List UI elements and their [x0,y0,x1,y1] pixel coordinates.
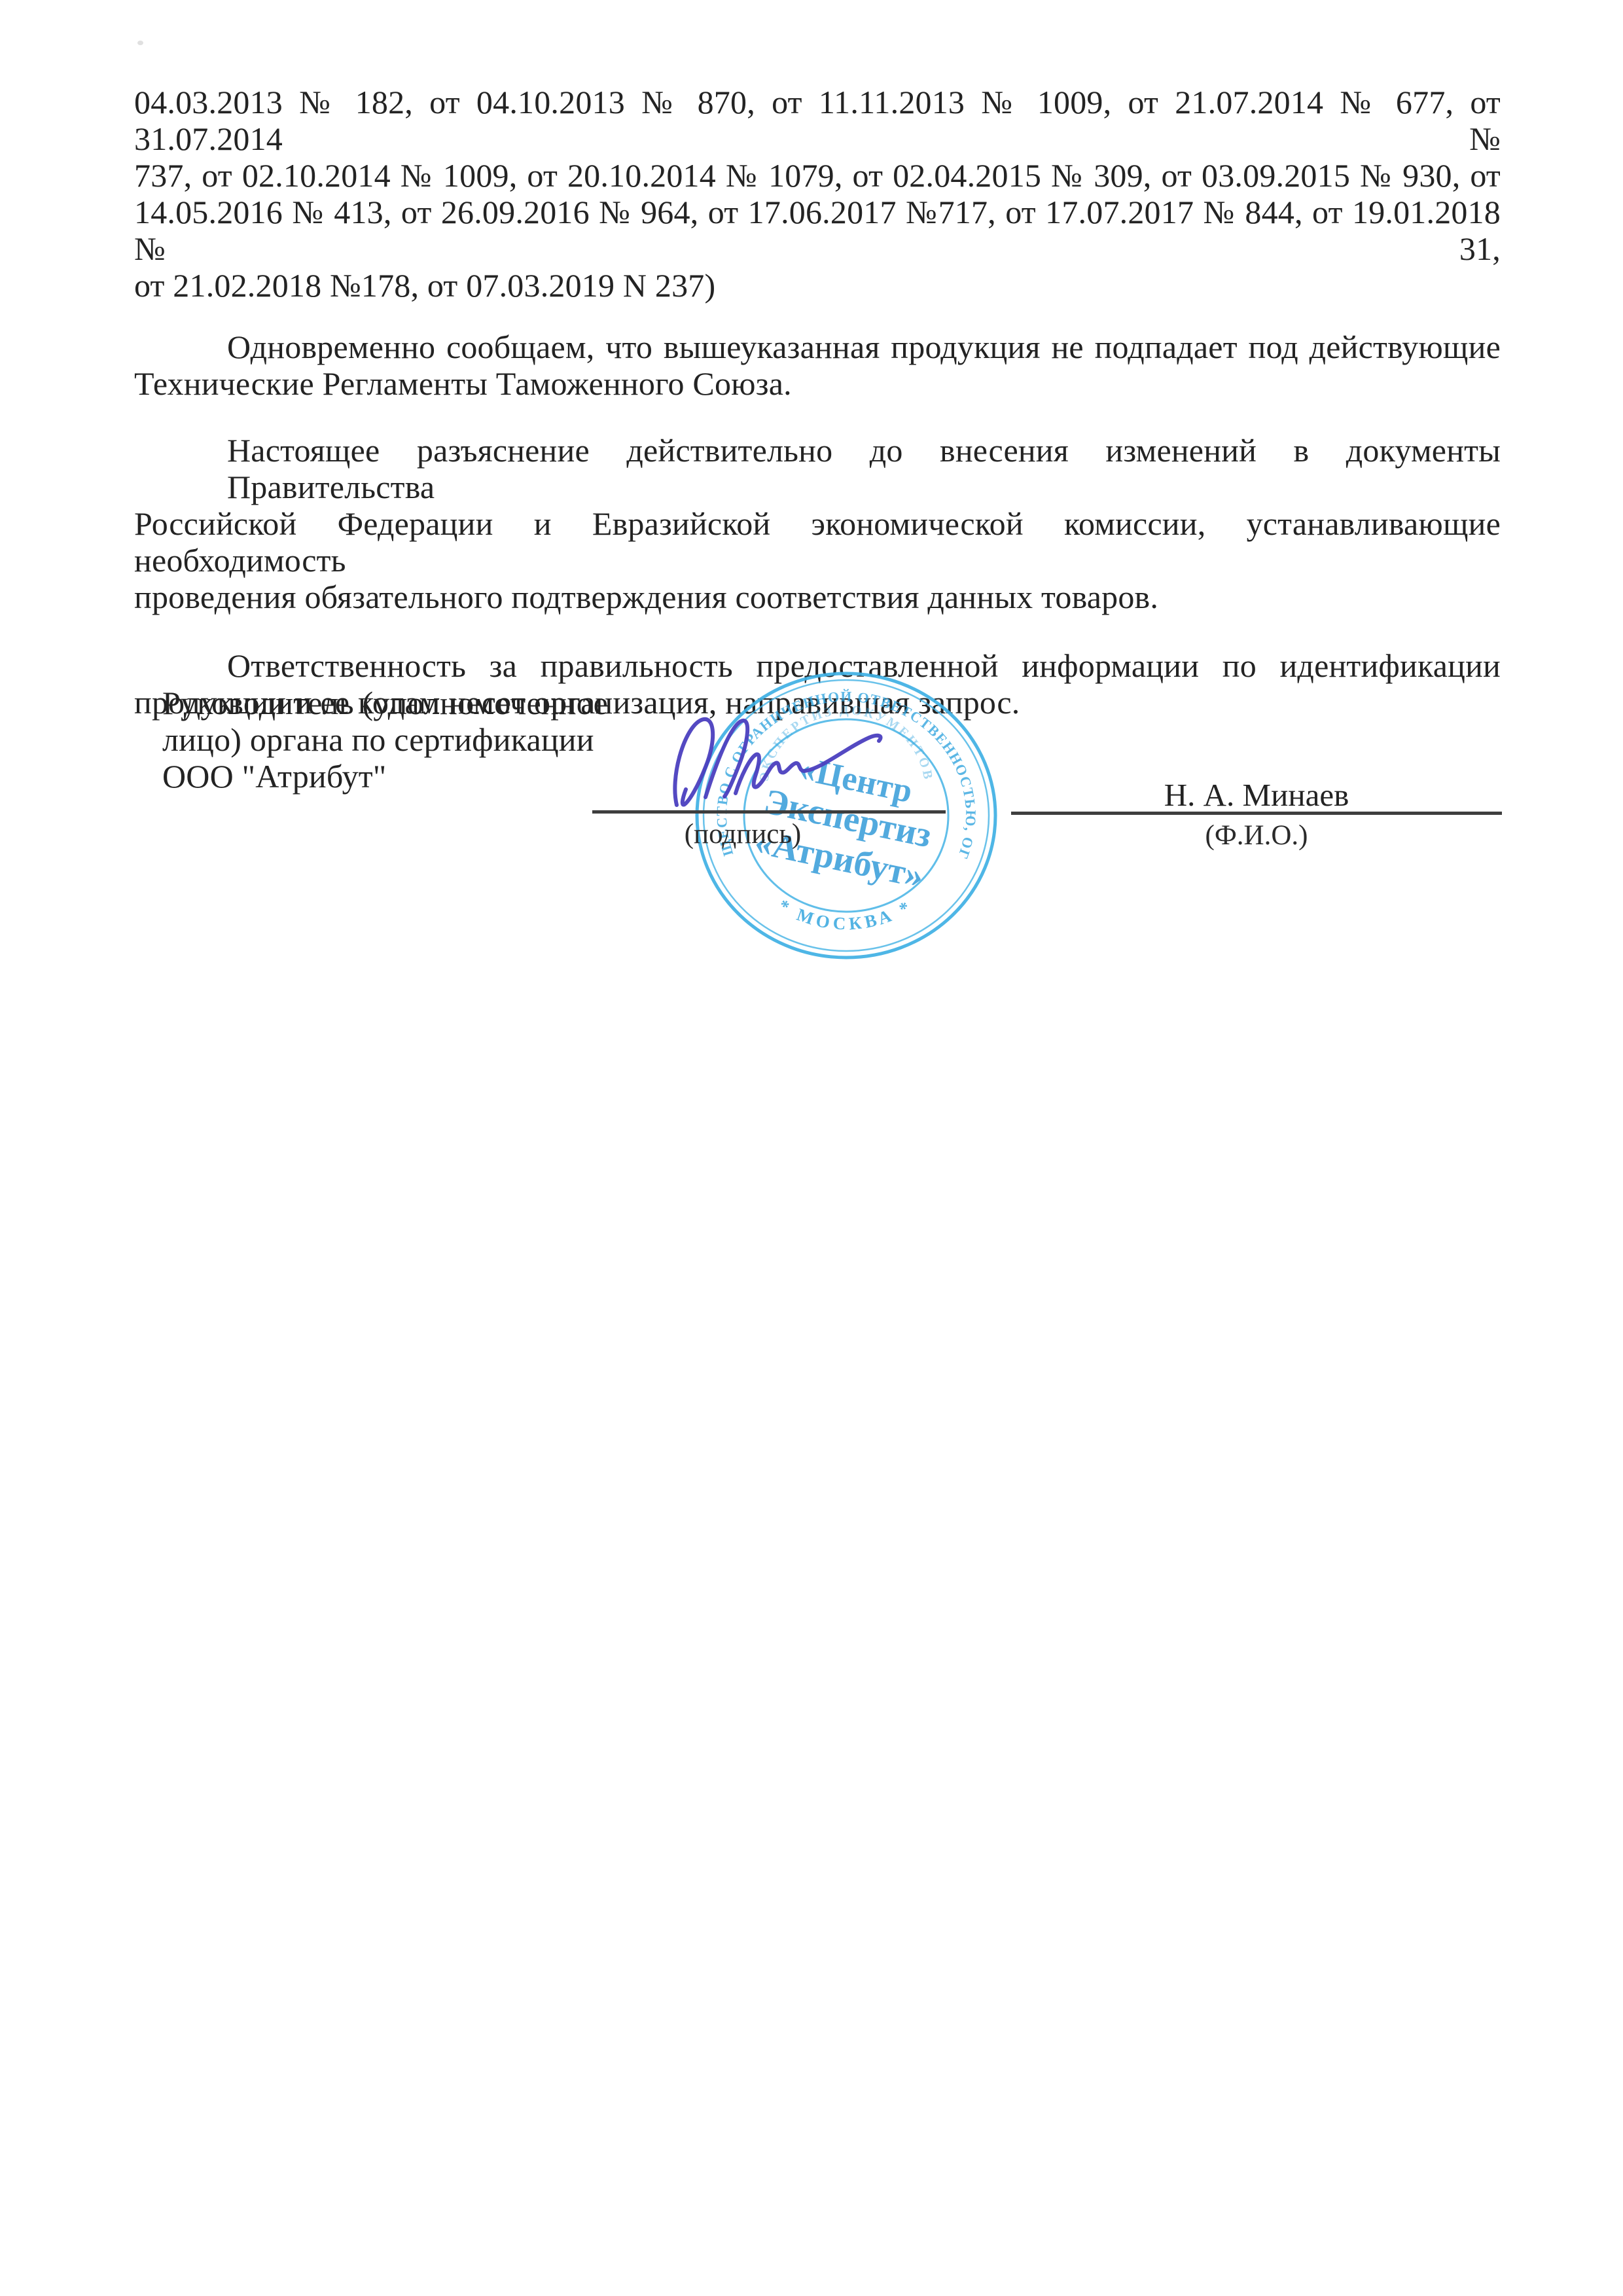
signatory-label-line: ООО "Атрибут" [162,758,608,795]
text-line: Одновременно сообщаем, что вышеуказанная… [134,329,1501,365]
signatory-label-line: Руководитель (уполномоченное [162,685,608,721]
signatory-label: Руководитель (уполномоченное лицо) орган… [162,685,608,795]
text-line: 737, от 02.10.2014 № 1009, от 20.10.2014… [134,157,1501,194]
text-line: 14.05.2016 № 413, от 26.09.2016 № 964, о… [134,194,1501,267]
text-line: 04.03.2013 № 182, от 04.10.2013 № 870, о… [134,84,1501,157]
text-line: Российской Федерации и Евразийской эконо… [134,505,1501,579]
paragraph-amendment-dates: 04.03.2013 № 182, от 04.10.2013 № 870, о… [134,84,1501,304]
signatory-name: Н. А. Минаев [1011,776,1502,814]
stamp-ring-bottom-text: * МОСКВА * [775,895,916,933]
text-line: Настоящее разъяснение действительно до в… [134,432,1501,505]
signature-strokes [675,719,880,805]
text-line: проведения обязательного подтверждения с… [134,579,1501,615]
signature-ink [662,699,891,827]
paragraph-validity: Настоящее разъяснение действительно до в… [134,432,1501,615]
signatory-label-line: лицо) органа по сертификации [162,721,608,758]
text-line: от 21.02.2018 №178, от 07.03.2019 N 237) [134,267,1501,304]
paragraph-customs-union: Одновременно сообщаем, что вышеуказанная… [134,329,1501,402]
document-page: 04.03.2013 № 182, от 04.10.2013 № 870, о… [0,0,1623,2296]
text-line: Технические Регламенты Таможенного Союза… [134,365,1501,402]
scan-speck [137,41,143,45]
name-caption: (Ф.И.О.) [1011,819,1502,852]
body-text: 04.03.2013 № 182, от 04.10.2013 № 870, о… [134,84,1501,721]
